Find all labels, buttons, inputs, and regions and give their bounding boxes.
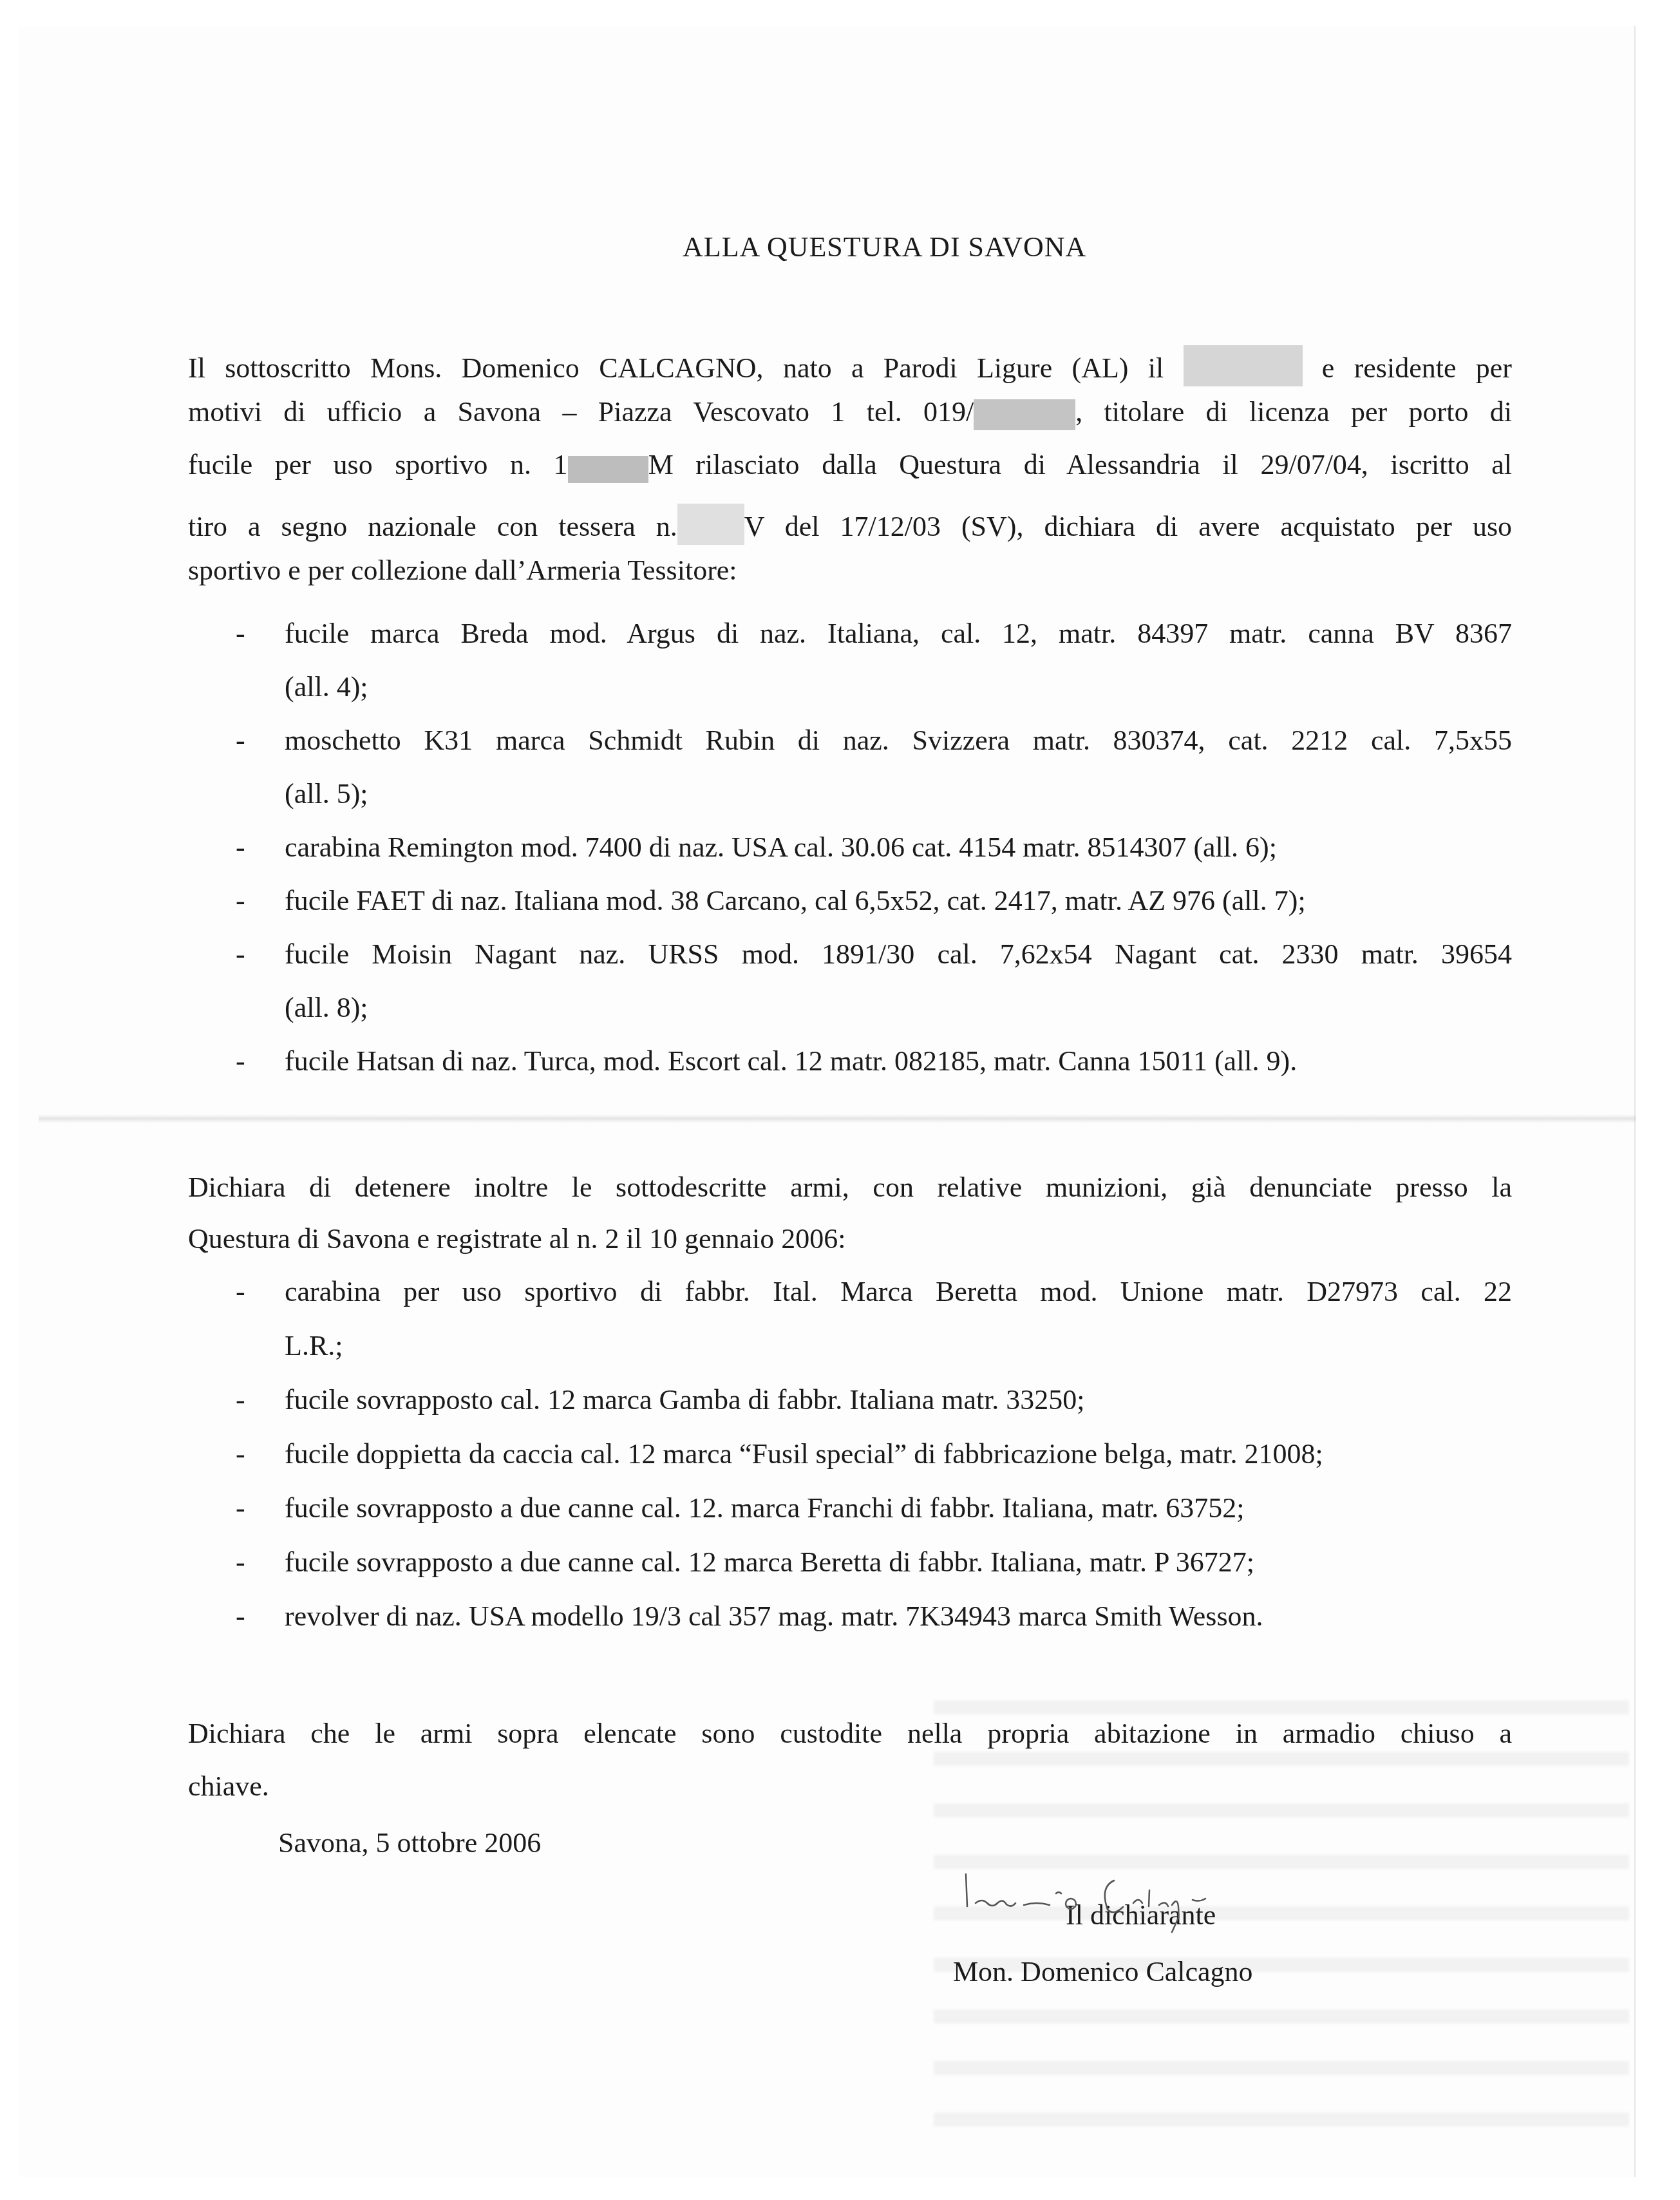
held-item-line: L.R.; xyxy=(285,1332,343,1360)
redaction-card-number xyxy=(677,504,744,545)
purchased-item-line: (all. 8); xyxy=(285,994,368,1022)
signatory-name: Mon. Domenico Calcagno xyxy=(953,1958,1253,1986)
paper-fold-line xyxy=(39,1114,1636,1123)
intro-text: tiro a segno nazionale con tessera n. xyxy=(188,511,677,542)
intro-text: sportivo e per collezione dall’Armeria T… xyxy=(188,555,737,586)
purchased-item-line: (all. 5); xyxy=(285,780,368,808)
paragraph-line: Questura di Savona e registrate al n. 2 … xyxy=(188,1225,846,1253)
intro-line: tiro a segno nazionale con tessera n.V d… xyxy=(188,504,1512,545)
held-item-line: fucile sovrapposto a due canne cal. 12 m… xyxy=(285,1548,1254,1577)
closing-line: chiave. xyxy=(188,1772,269,1801)
list-bullet: - xyxy=(236,887,245,915)
list-bullet: - xyxy=(236,1047,245,1076)
intro-text: e residente per xyxy=(1303,352,1512,384)
intro-line: fucile per uso sportivo n. 1M rilasciato… xyxy=(188,451,1512,483)
document-title: ALLA QUESTURA DI SAVONA xyxy=(683,233,1086,261)
handwritten-signature xyxy=(953,1868,1314,1939)
purchased-item-line: moschetto K31 marca Schmidt Rubin di naz… xyxy=(285,726,1512,755)
held-item-line: carabina per uso sportivo di fabbr. Ital… xyxy=(285,1278,1512,1306)
purchased-item-line: fucile FAET di naz. Italiana mod. 38 Car… xyxy=(285,887,1306,915)
purchased-item-line: fucile Hatsan di naz. Turca, mod. Escort… xyxy=(285,1047,1297,1076)
purchased-item-line: carabina Remington mod. 7400 di naz. USA… xyxy=(285,833,1277,862)
paragraph-line: Dichiara di detenere inoltre le sottodes… xyxy=(188,1173,1512,1202)
intro-text: fucile per uso sportivo n. 1 xyxy=(188,449,568,480)
list-bullet: - xyxy=(236,1440,245,1468)
list-bullet: - xyxy=(236,833,245,862)
list-bullet: - xyxy=(236,940,245,969)
held-item-line: fucile sovrapposto a due canne cal. 12. … xyxy=(285,1494,1245,1522)
list-bullet: - xyxy=(236,1494,245,1522)
list-bullet: - xyxy=(236,1548,245,1577)
purchased-item-line: fucile Moisin Nagant naz. URSS mod. 1891… xyxy=(285,940,1512,969)
purchased-item-line: (all. 4); xyxy=(285,673,368,701)
intro-line: Il sottoscritto Mons. Domenico CALCAGNO,… xyxy=(188,345,1512,386)
held-item-line: revolver di naz. USA modello 19/3 cal 35… xyxy=(285,1602,1263,1631)
list-bullet: - xyxy=(236,1386,245,1414)
held-item-line: fucile doppietta da caccia cal. 12 marca… xyxy=(285,1440,1323,1468)
redaction-phone-number xyxy=(974,399,1075,430)
intro-text: V del 17/12/03 (SV), dichiara di avere a… xyxy=(744,511,1512,542)
redaction-license-number xyxy=(568,456,648,483)
list-bullet: - xyxy=(236,1602,245,1631)
intro-text: M rilasciato dalla Questura di Alessandr… xyxy=(648,449,1512,480)
intro-line: sportivo e per collezione dall’Armeria T… xyxy=(188,556,737,585)
intro-text: , titolare di licenza per porto di xyxy=(1075,396,1512,428)
intro-line: motivi di ufficio a Savona – Piazza Vesc… xyxy=(188,398,1512,430)
intro-text: Il sottoscritto Mons. Domenico CALCAGNO,… xyxy=(188,352,1184,384)
held-item-line: fucile sovrapposto cal. 12 marca Gamba d… xyxy=(285,1386,1085,1414)
list-bullet: - xyxy=(236,726,245,755)
intro-text: motivi di ufficio a Savona – Piazza Vesc… xyxy=(188,396,974,428)
place-date: Savona, 5 ottobre 2006 xyxy=(278,1829,541,1857)
closing-line: Dichiara che le armi sopra elencate sono… xyxy=(188,1720,1512,1748)
list-bullet: - xyxy=(236,620,245,648)
list-bullet: - xyxy=(236,1278,245,1306)
purchased-item-line: fucile marca Breda mod. Argus di naz. It… xyxy=(285,620,1512,648)
redaction-birth-date xyxy=(1184,345,1303,386)
